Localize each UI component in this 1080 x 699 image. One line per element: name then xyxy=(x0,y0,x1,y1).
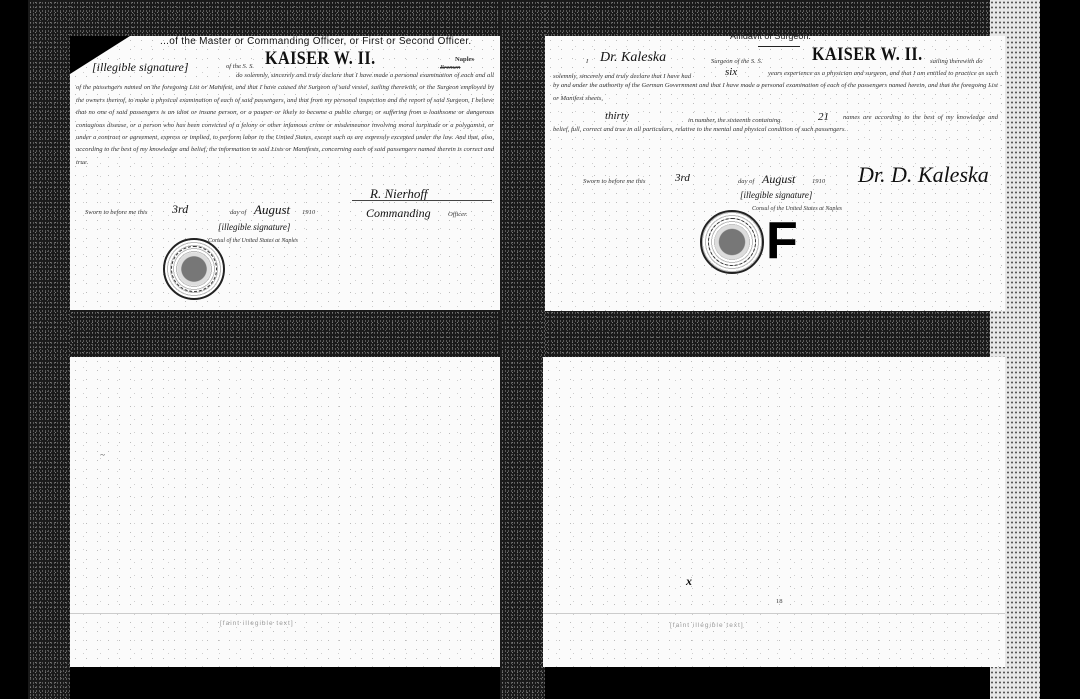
lower-left-mark: ~ xyxy=(100,450,105,460)
lower-left-footer: [faint illegible text] xyxy=(220,620,294,627)
surgeon-name-handwritten: Dr. Kaleska xyxy=(600,50,666,66)
lower-right-page-number: 18 xyxy=(776,598,783,605)
sailing-label: sailing therewith do xyxy=(930,58,983,65)
surgeon-signature: Dr. D. Kaleska xyxy=(858,162,989,188)
surgeon-day-of-label: day of xyxy=(738,178,754,185)
header-rule xyxy=(758,46,800,47)
officer-signature-line xyxy=(352,200,492,201)
officer-role: Commanding xyxy=(366,206,431,221)
master-sworn-month: August xyxy=(254,202,290,218)
master-consul-signature: [illegible signature] xyxy=(218,222,290,232)
surgeon-affidavit-header: Affidavit of Surgeon. xyxy=(730,31,811,41)
surgeon-i-label: I xyxy=(586,58,588,65)
master-consul-title: Consul of the United States at Naples xyxy=(208,238,298,244)
lower-right-mark: x xyxy=(686,574,692,589)
lower-left-footer-rule xyxy=(70,613,500,614)
surgeon-consul-signature: [illegible signature] xyxy=(740,190,812,200)
lower-right-page xyxy=(543,357,1005,667)
surgeon-body-2: years experience as a physician and surg… xyxy=(553,68,998,105)
master-sworn-label: Sworn to before me this xyxy=(85,209,147,216)
surgeon-body-4: names are according to the best of my kn… xyxy=(553,112,998,137)
surgeon-sworn-year: 1910 xyxy=(812,178,825,185)
master-affidavit-header: ...of the Master or Commanding Officer, … xyxy=(160,36,472,47)
film-left-margin xyxy=(28,0,70,699)
lower-right-footer: [faint illegible text] xyxy=(670,622,744,629)
of-the-ss-label: of the S. S. xyxy=(226,63,254,70)
officer-label: Officer. xyxy=(448,211,468,218)
lower-right-footer-rule xyxy=(543,613,1005,614)
surgeon-sworn-month: August xyxy=(762,172,795,187)
surgeon-sworn-day: 3rd xyxy=(675,172,690,184)
film-gutter-vertical xyxy=(500,0,545,699)
film-right-border xyxy=(1040,0,1080,699)
surgeon-of-label: Surgeon of the S. S. xyxy=(711,58,762,65)
stamp-letter-f: F xyxy=(766,215,798,267)
master-day-of-label: day of xyxy=(230,209,246,216)
from-port: Naples xyxy=(455,56,474,63)
master-sworn-day: 3rd xyxy=(172,202,188,217)
ship-name-surgeon: KAISER W. II. xyxy=(812,44,923,66)
consulate-seal-icon xyxy=(700,210,764,274)
surgeon-sworn-label: Sworn to before me this xyxy=(583,178,645,185)
ship-name-master: KAISER W. II. xyxy=(265,48,376,70)
master-affidavit-body: do solemnly, sincerely and truly declare… xyxy=(76,70,494,169)
consulate-seal-icon xyxy=(163,238,225,300)
master-sworn-year: 1910 xyxy=(302,209,315,216)
